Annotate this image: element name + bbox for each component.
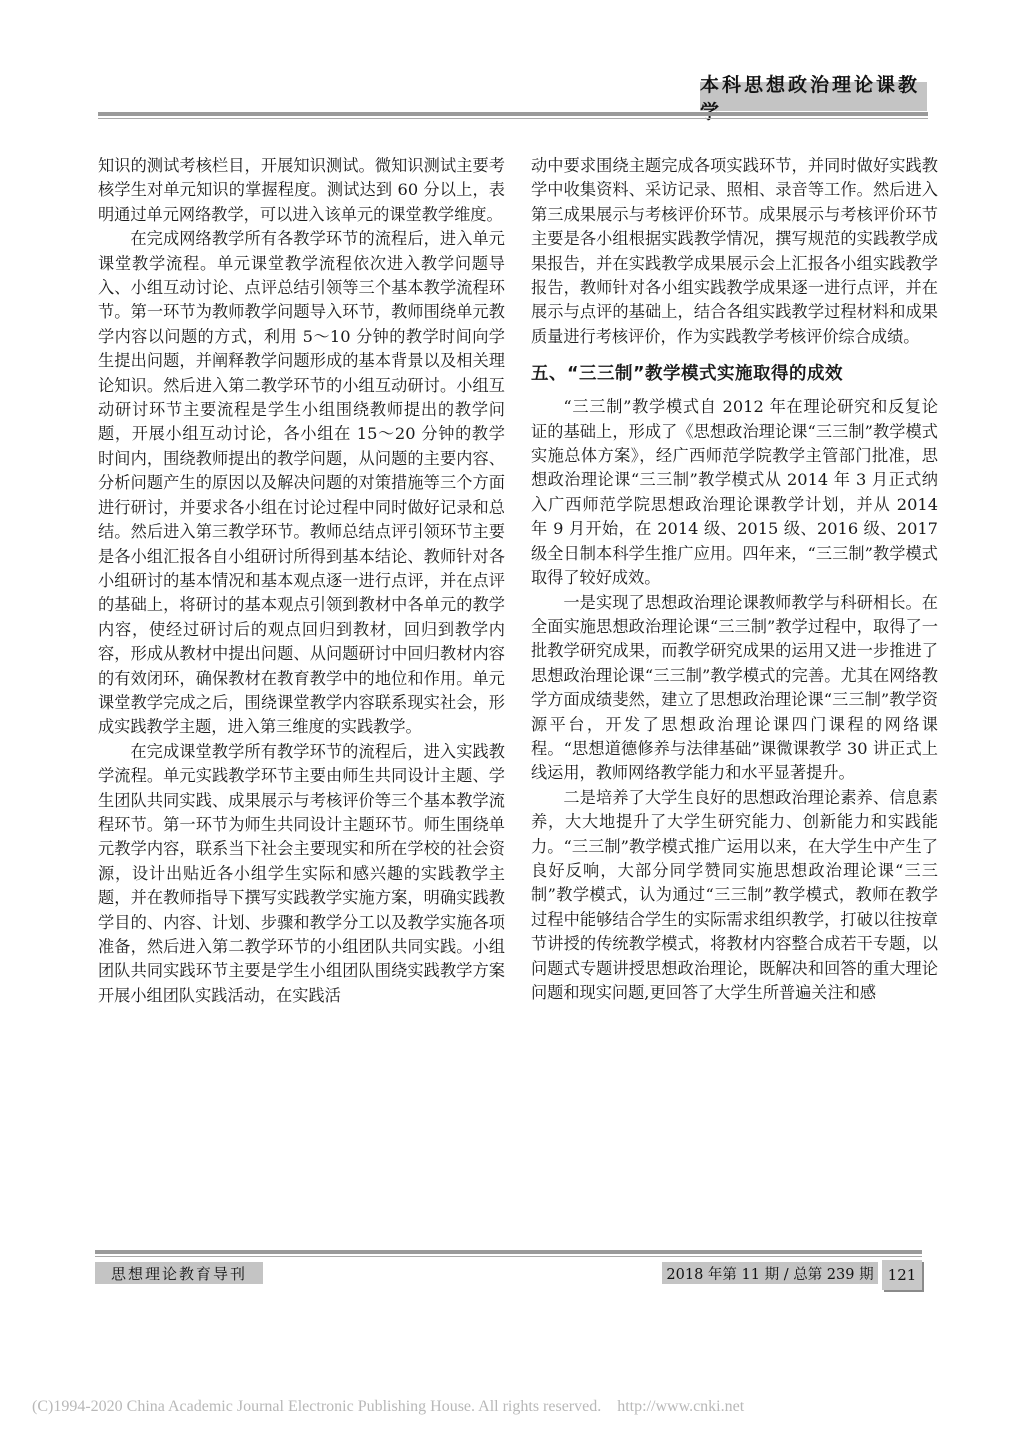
right-column: 动中要求围绕主题完成各项实践环节，并同时做好实践教学中收集资料、采访记录、照相、… <box>531 154 938 1005</box>
left-column: 知识的测试考核栏目，开展知识测试。微知识测试主要考核学生对单元知识的掌握程度。测… <box>98 154 505 1008</box>
running-header-section-title: 本科思想政治理论课教学 <box>700 82 927 111</box>
paragraph: 一是实现了思想政治理论课教师教学与科研相长。在全面实施思想政治理论课“三三制”教… <box>531 591 938 786</box>
header-rule-thin <box>98 118 928 119</box>
paragraph: 动中要求围绕主题完成各项实践环节，并同时做好实践教学中收集资料、采访记录、照相、… <box>531 154 938 349</box>
paragraph: 在完成网络教学所有各教学环节的流程后，进入单元课堂教学流程。单元课堂教学流程依次… <box>98 227 505 740</box>
paragraph: 在完成课堂教学所有教学环节的流程后，进入实践教学流程。单元实践教学环节主要由师生… <box>98 740 505 1008</box>
footer-journal-name: 思想理论教育导刊 <box>95 1262 263 1284</box>
paragraph: 知识的测试考核栏目，开展知识测试。微知识测试主要考核学生对单元知识的掌握程度。测… <box>98 154 505 227</box>
footer-issue: 2018 年第 11 期 / 总第 239 期 <box>662 1262 878 1284</box>
footer-rule-thin <box>95 1256 922 1257</box>
section-heading: 五、“三三制”教学模式实施取得的成效 <box>531 361 938 387</box>
page-number: 121 <box>882 1260 922 1290</box>
paragraph: “三三制”教学模式自 2012 年在理论研究和反复论证的基础上，形成了《思想政治… <box>531 395 938 590</box>
copyright-notice: (C)1994-2020 China Academic Journal Elec… <box>32 1398 1024 1416</box>
paragraph: 二是培养了大学生良好的思想政治理论素养、信息素养，大大地提升了大学生研究能力、创… <box>531 786 938 1006</box>
header-rule <box>98 112 928 116</box>
footer-rule <box>95 1250 922 1254</box>
